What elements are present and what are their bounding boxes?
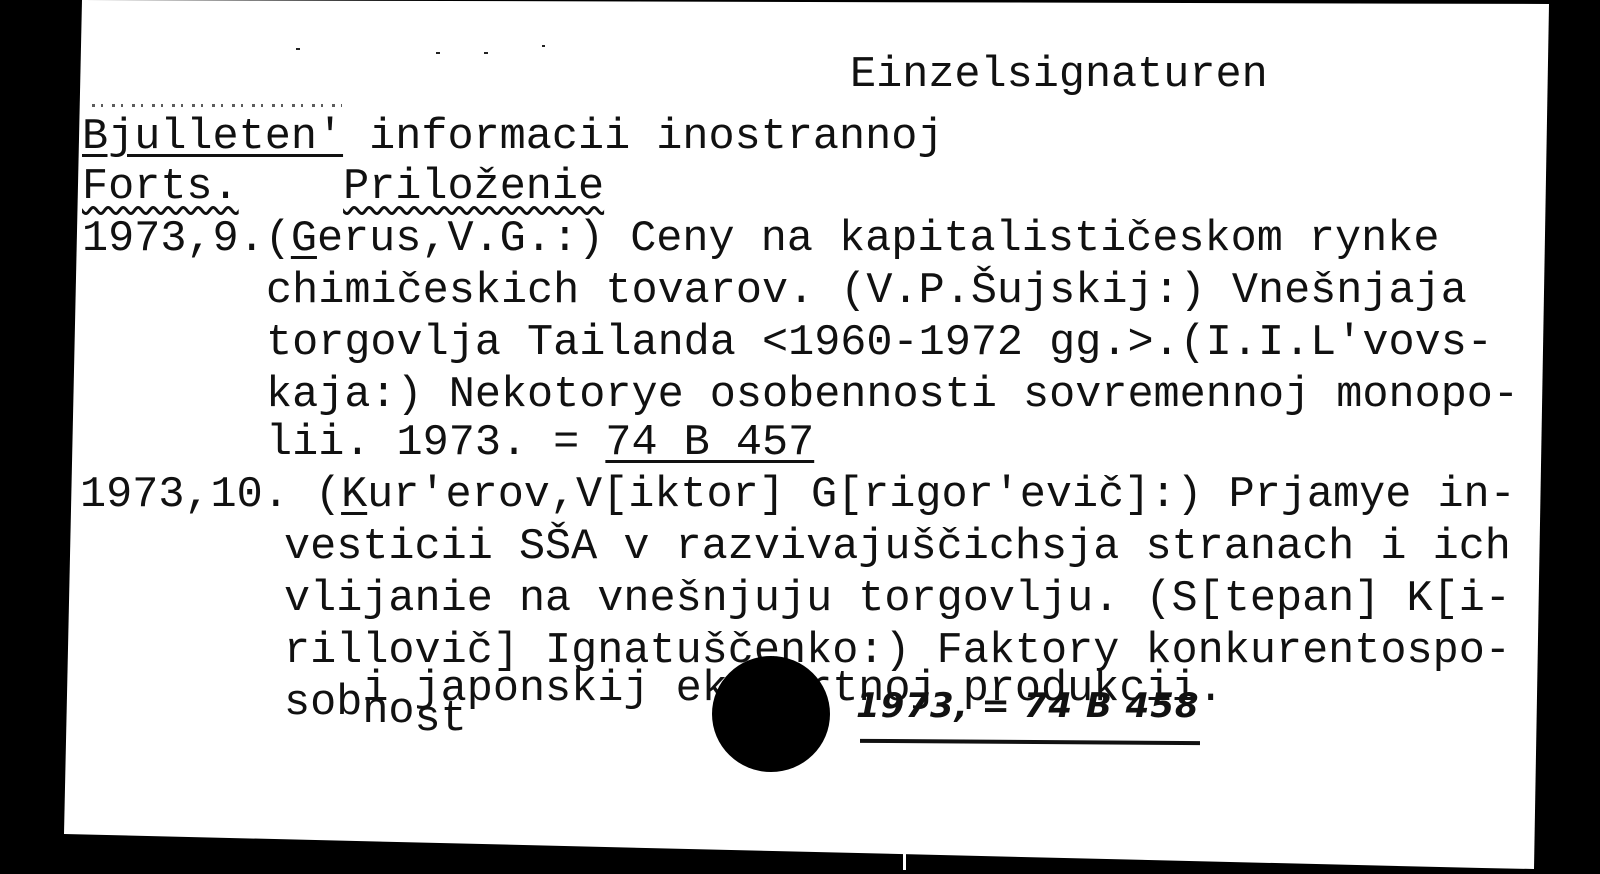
stray-mark (296, 48, 300, 50)
stray-mark (542, 45, 545, 47)
entry-2-line-5: sobnost (284, 678, 467, 730)
forts-label: Forts. (82, 163, 239, 212)
card-header: Einzelsignaturen (850, 50, 1268, 102)
section-label: Priloženie (343, 163, 604, 212)
entry-1-line-1: 1973,9.(Gerus,V.G.:) Ceny na kapitalisti… (82, 214, 1439, 266)
entry-1-line-5: lii. 1973. = 74 B 457 (266, 418, 814, 470)
handwritten-shelfmark: 1973, = 74 B 458 (856, 686, 1200, 726)
entry-2-line-2: vesticii SŠA v razvivajuščichsja stranac… (284, 522, 1511, 574)
entry-1-line-3: torgovlja Tailanda <1960-1972 gg.>.(I.I.… (266, 318, 1493, 370)
entry-issue: 1973,10. (80, 471, 289, 520)
stray-mark (484, 52, 488, 54)
entry-1-line-2: chimičeskich tovarov. (V.P.Šujskij:) Vne… (266, 266, 1467, 318)
shelfmark: 74 B 457 (605, 419, 814, 468)
periodical-title-rest: informacii inostrannoj (343, 113, 943, 162)
entry-2-line-3: vlijanie na vnešnjuju torgovlju. (S[tepa… (284, 574, 1511, 626)
entry-1-line-4: kaja:) Nekotorye osobennosti sovremennoj… (266, 370, 1519, 422)
periodical-title: Bjulleten' (82, 113, 343, 162)
entry-issue: 1973,9. (82, 215, 265, 264)
entry-2-line-1: 1973,10. (Kur'erov,V[iktor] G[rigor'evič… (80, 470, 1516, 522)
title-line: Bjulleten' informacii inostrannoj (82, 112, 943, 164)
continuation-line: Forts. Priloženie (82, 162, 604, 214)
stray-marks (92, 104, 342, 107)
catalog-card-scan: Einzelsignaturen Bjulleten' informacii i… (0, 0, 1600, 874)
stray-mark (436, 52, 440, 54)
punch-hole (712, 656, 830, 772)
edge-mark (903, 848, 906, 870)
